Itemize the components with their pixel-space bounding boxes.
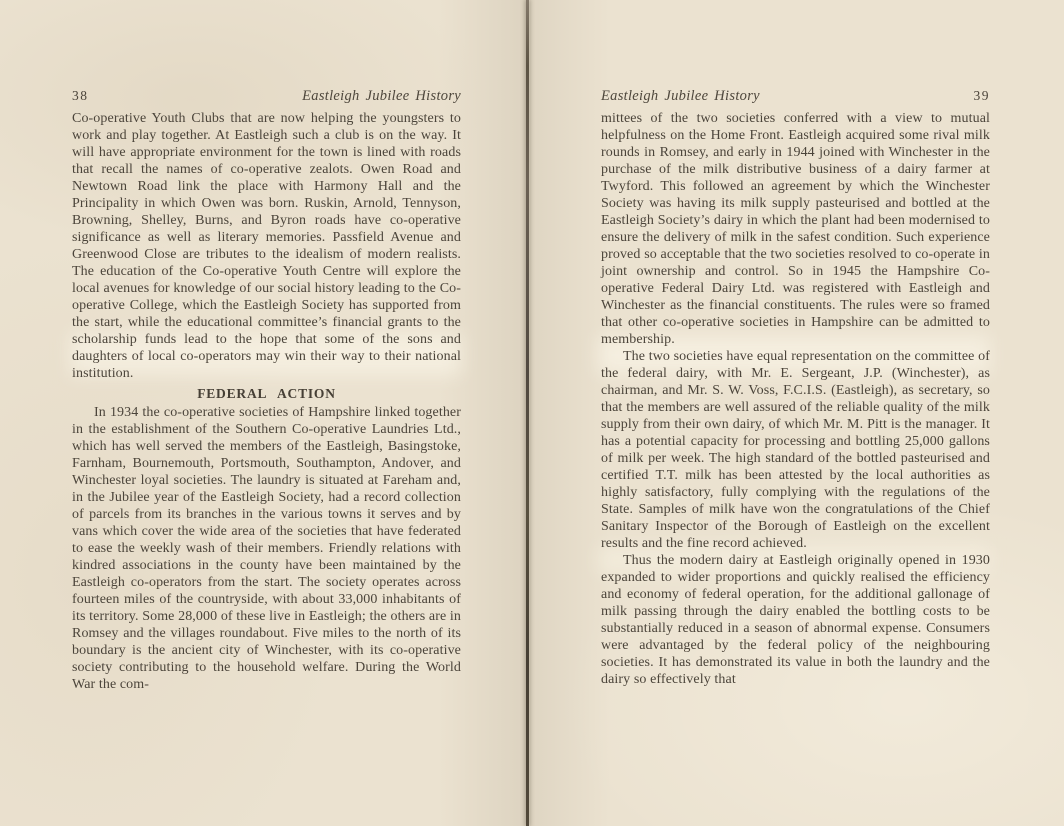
book-spine-gutter-line [526,0,529,826]
left-running-head: Eastleigh Jubilee History [302,88,461,105]
paragraph-youth-clubs: Co-operative Youth Clubs that are now he… [72,110,461,382]
gutter-shadow-right [530,0,610,826]
book-spread-scan: 38 Eastleigh Jubilee History Co-operativ… [0,0,1064,826]
right-page-number: 39 [974,88,991,104]
right-running-head: Eastleigh Jubilee History [601,88,760,105]
paragraph-milk-committees: mittees of the two societies conferred w… [601,110,990,348]
left-page-header: 38 Eastleigh Jubilee History [72,88,461,108]
right-page-header: Eastleigh Jubilee History 39 [601,88,990,108]
paragraph-federal-action: In 1934 the co-operative societies of Ha… [72,404,461,693]
right-page-body: mittees of the two societies conferred w… [601,110,990,688]
left-page-body: Co-operative Youth Clubs that are now he… [72,110,461,693]
paragraph-modern-dairy: Thus the modern dairy at Eastleigh origi… [601,552,990,688]
left-page-number: 38 [72,88,89,104]
paragraph-federal-dairy-committee: The two societies have equal representat… [601,348,990,552]
section-heading-federal-action: FEDERAL ACTION [72,385,461,402]
